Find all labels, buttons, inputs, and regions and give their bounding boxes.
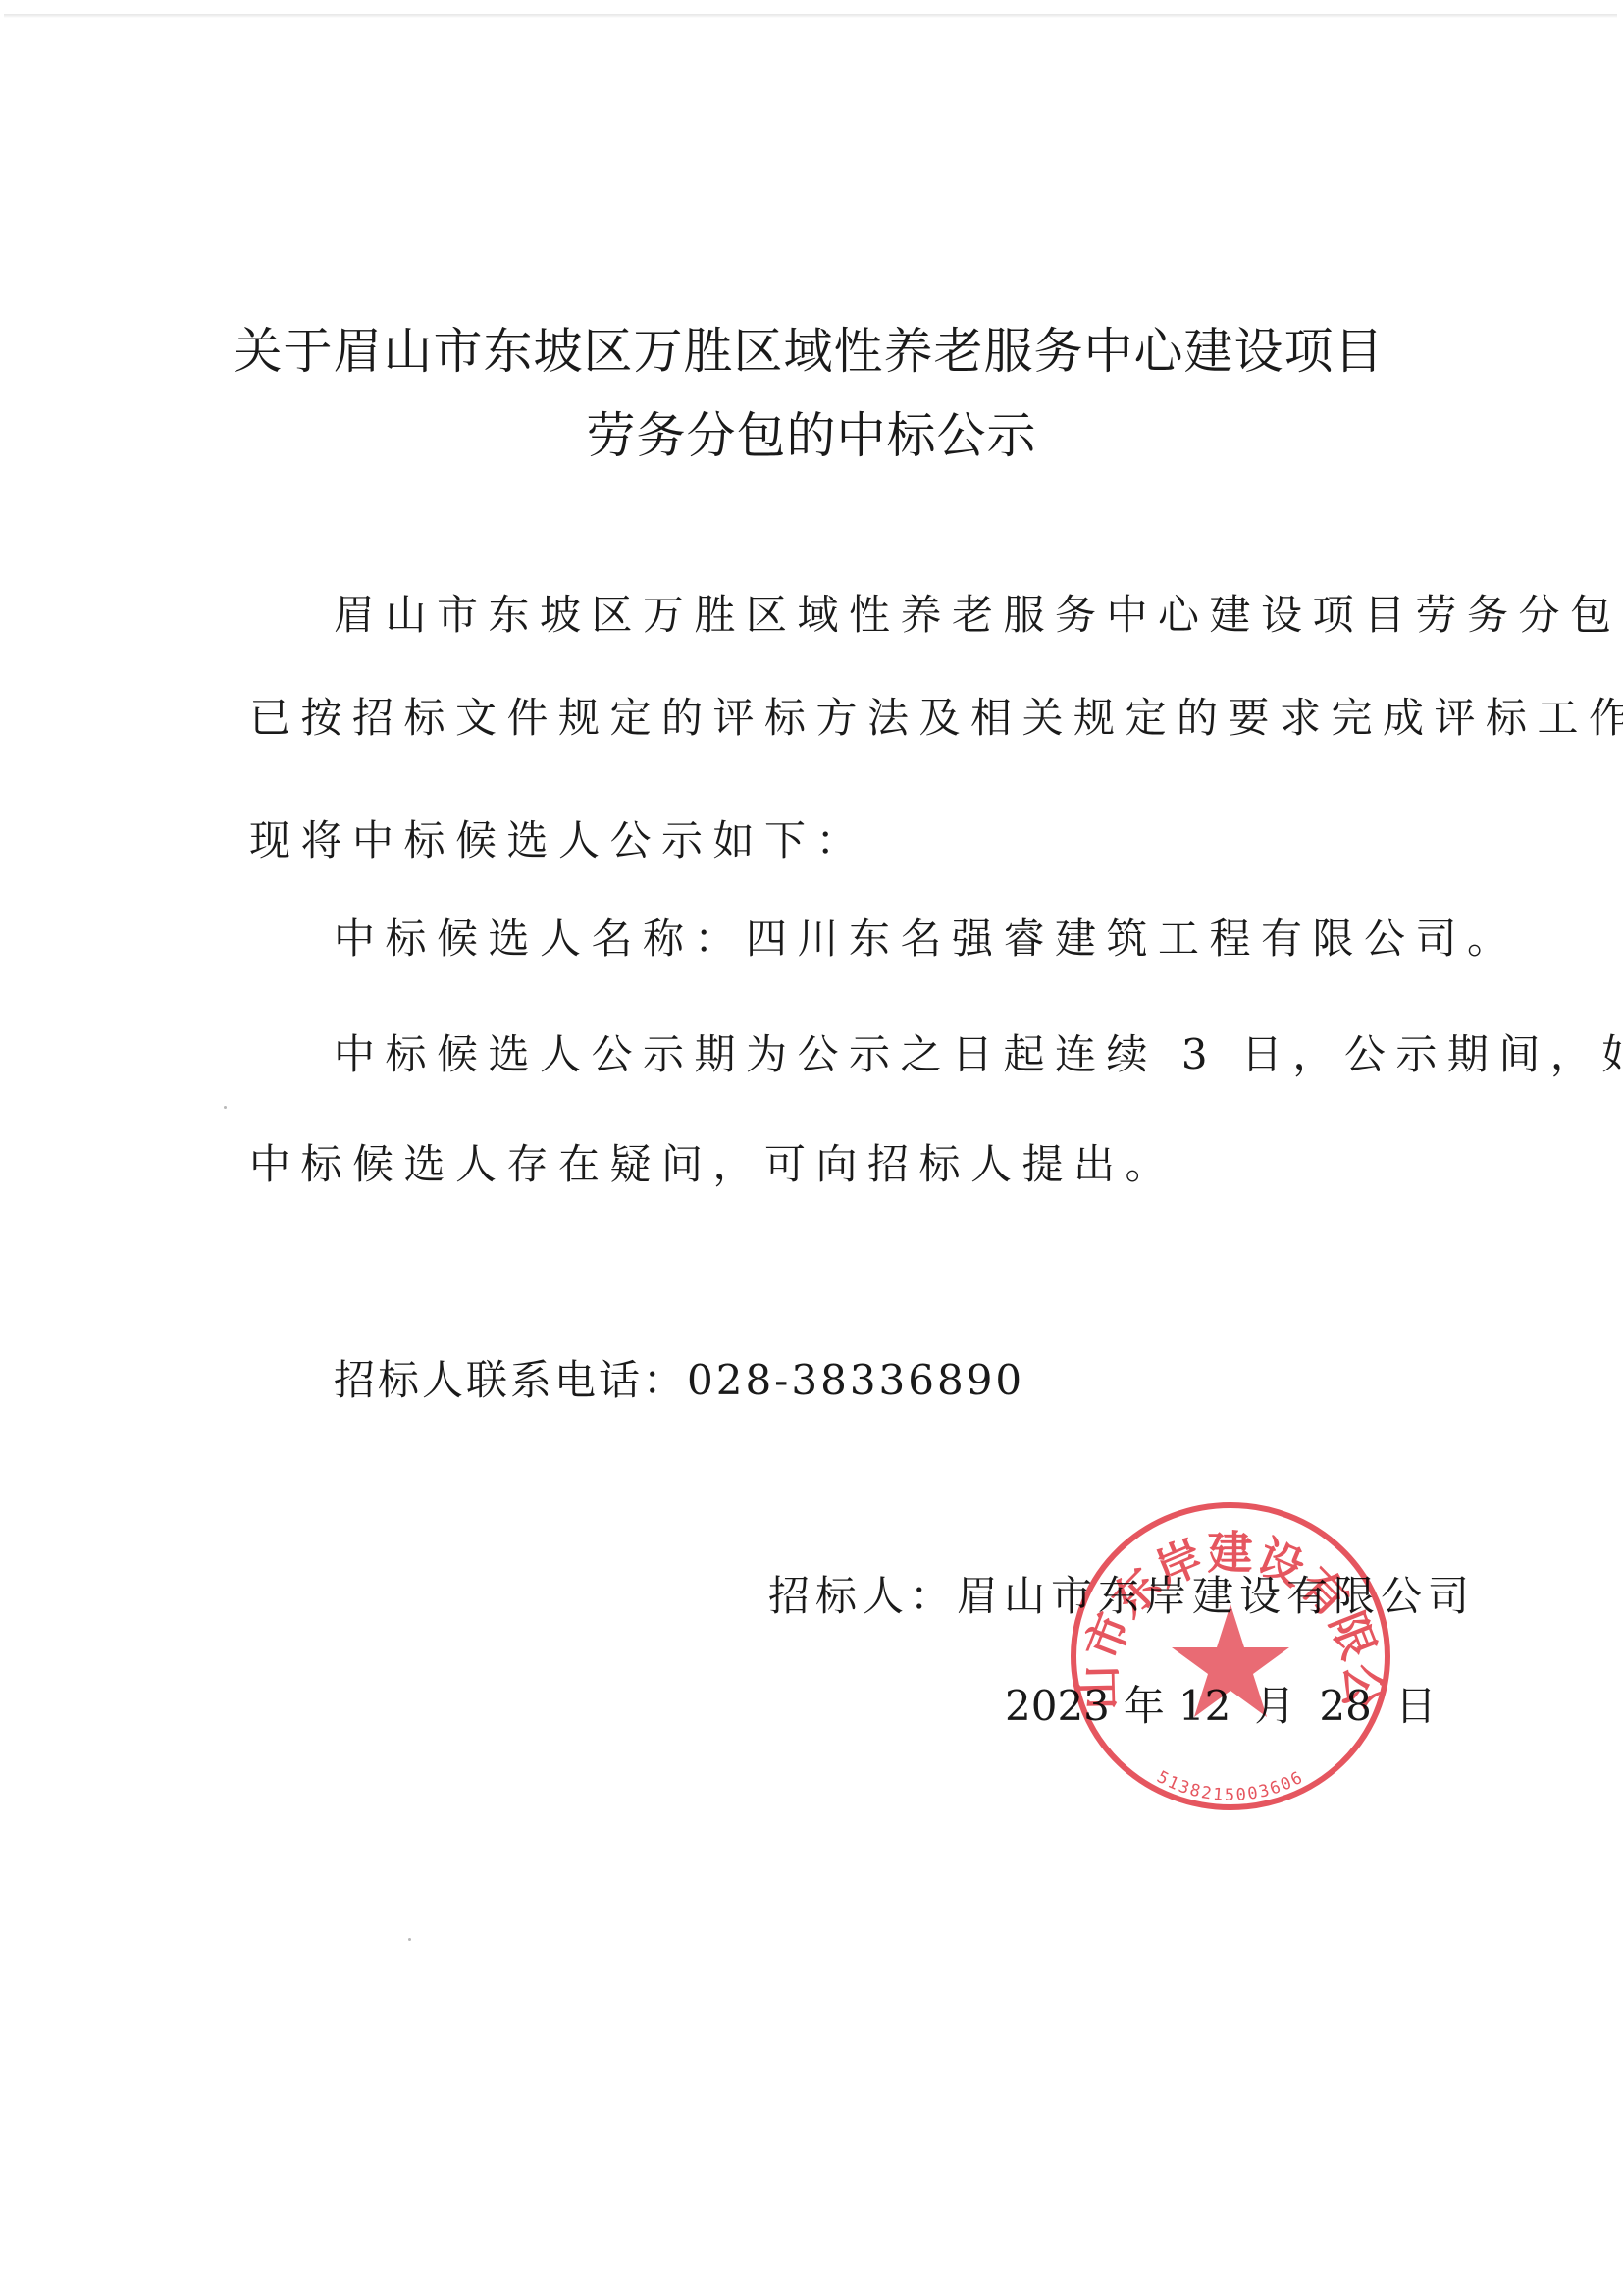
paragraph-1-line-1: 眉山市东坡区万胜区域性养老服务中心建设项目劳务分包 xyxy=(334,589,1622,642)
contact-phone-label: 招标人联系电话： xyxy=(334,1356,687,1404)
document-title-line-2: 劳务分包的中标公示 xyxy=(0,406,1623,465)
paragraph-1-line-2: 已按招标文件规定的评标方法及相关规定的要求完成评标工作， xyxy=(249,692,1623,745)
paragraph-1-line-3: 现将中标候选人公示如下： xyxy=(249,814,867,867)
official-seal-icon: 眉山市东岸建设有限公司 5138215003606 xyxy=(1066,1498,1395,1814)
issuer-label: 招标人： xyxy=(768,1572,957,1620)
date-day-unit: 日 xyxy=(1395,1680,1437,1733)
paragraph-3-line-2: 中标候选人存在疑问，可向招标人提出。 xyxy=(249,1138,1177,1191)
winning-candidate-name: 中标候选人名称：四川东名强睿建筑工程有限公司。 xyxy=(334,913,1519,965)
document-page: 关于眉山市东坡区万胜区域性养老服务中心建设项目 劳务分包的中标公示 眉山市东坡区… xyxy=(0,0,1623,2296)
contact-phone-number: 028-38336890 xyxy=(687,1356,1024,1404)
scan-speck xyxy=(224,1106,227,1109)
document-title-line-1: 关于眉山市东坡区万胜区域性养老服务中心建设项目 xyxy=(0,322,1620,381)
contact-phone-line: 招标人联系电话：028-38336890 xyxy=(334,1354,1024,1407)
scan-speck xyxy=(408,1938,411,1941)
paragraph-3-line-1: 中标候选人公示期为公示之日起连续 3 日，公示期间，如对 xyxy=(334,1028,1623,1081)
